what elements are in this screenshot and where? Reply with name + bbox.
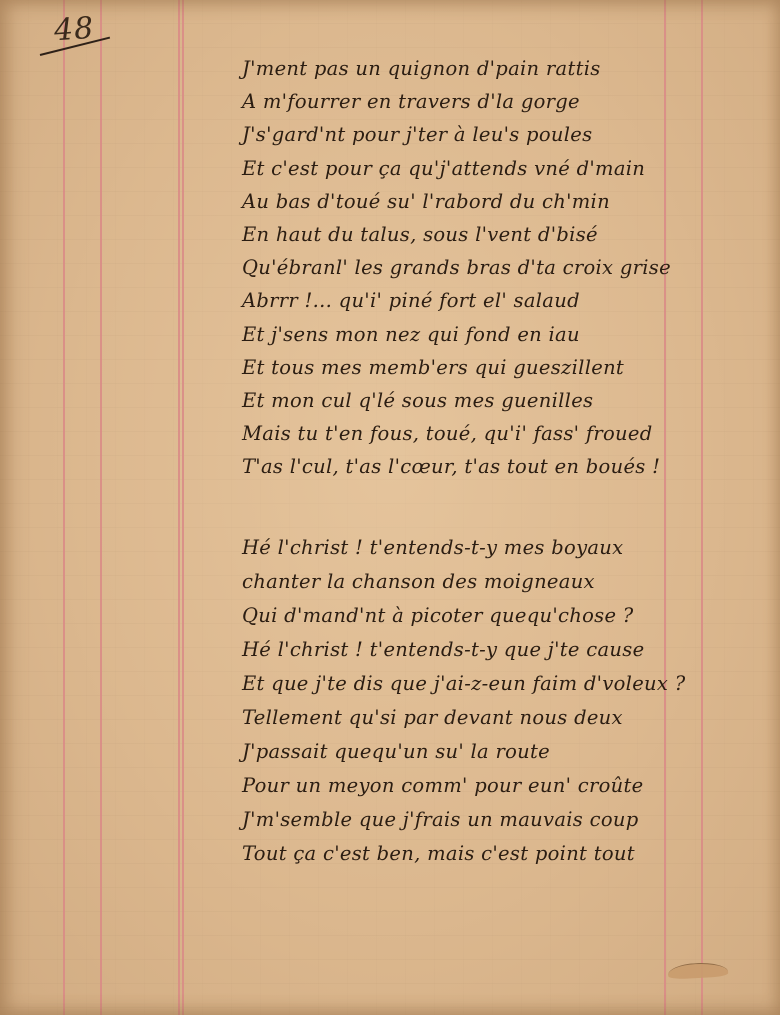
verse-line: Et c'est pour ça qu'j'attends vné d'main: [242, 152, 762, 185]
text-margin-line-b: [182, 0, 184, 1015]
left-margin-line-outer: [63, 0, 65, 1015]
verse-line: Et que j'te dis que j'ai-z-eun faim d'vo…: [242, 667, 762, 701]
verse-line: Et j'sens mon nez qui fond en iau: [242, 318, 762, 351]
stanza-1: J'ment pas un quignon d'pain rattis A m'…: [242, 52, 762, 483]
verse-line: chanter la chanson des moigneaux: [242, 565, 762, 599]
paper-tear-mark: [668, 961, 729, 979]
verse-line: Abrrr !... qu'i' piné fort el' salaud: [242, 284, 762, 317]
verse-line: Pour un meyon comm' pour eun' croûte: [242, 769, 762, 803]
verse-line: Hé l'christ ! t'entends-t-y que j'te cau…: [242, 633, 762, 667]
stanza-2: Hé l'christ ! t'entends-t-y mes boyaux c…: [242, 531, 762, 871]
verse-line: A m'fourrer en travers d'la gorge: [242, 85, 762, 118]
verse-line: Hé l'christ ! t'entends-t-y mes boyaux: [242, 531, 762, 565]
verse-line: Au bas d'toué su' l'rabord du ch'min: [242, 185, 762, 218]
poem-text: J'ment pas un quignon d'pain rattis A m'…: [242, 52, 762, 871]
verse-line: Mais tu t'en fous, toué, qu'i' fass' fro…: [242, 417, 762, 450]
verse-line: J'ment pas un quignon d'pain rattis: [242, 52, 762, 85]
left-margin-line-inner: [100, 0, 102, 1015]
verse-line: Qui d'mand'nt à picoter quequ'chose ?: [242, 599, 762, 633]
verse-line: Et mon cul q'lé sous mes guenilles: [242, 384, 762, 417]
page-number: 48: [40, 8, 112, 68]
text-margin-line-a: [178, 0, 180, 1015]
verse-line: Tellement qu'si par devant nous deux: [242, 701, 762, 735]
verse-line: J'm'semble que j'frais un mauvais coup: [242, 803, 762, 837]
verse-line: Et tous mes memb'ers qui gueszillent: [242, 351, 762, 384]
verse-line: J's'gard'nt pour j'ter à leu's poules: [242, 118, 762, 151]
manuscript-page: 48 J'ment pas un quignon d'pain rattis A…: [0, 0, 780, 1015]
verse-line: T'as l'cul, t'as l'cœur, t'as tout en bo…: [242, 450, 762, 483]
verse-line: En haut du talus, sous l'vent d'bisé: [242, 218, 762, 251]
verse-line: Qu'ébranl' les grands bras d'ta croix gr…: [242, 251, 762, 284]
verse-line: Tout ça c'est ben, mais c'est point tout: [242, 837, 762, 871]
verse-line: J'passait quequ'un su' la route: [242, 735, 762, 769]
